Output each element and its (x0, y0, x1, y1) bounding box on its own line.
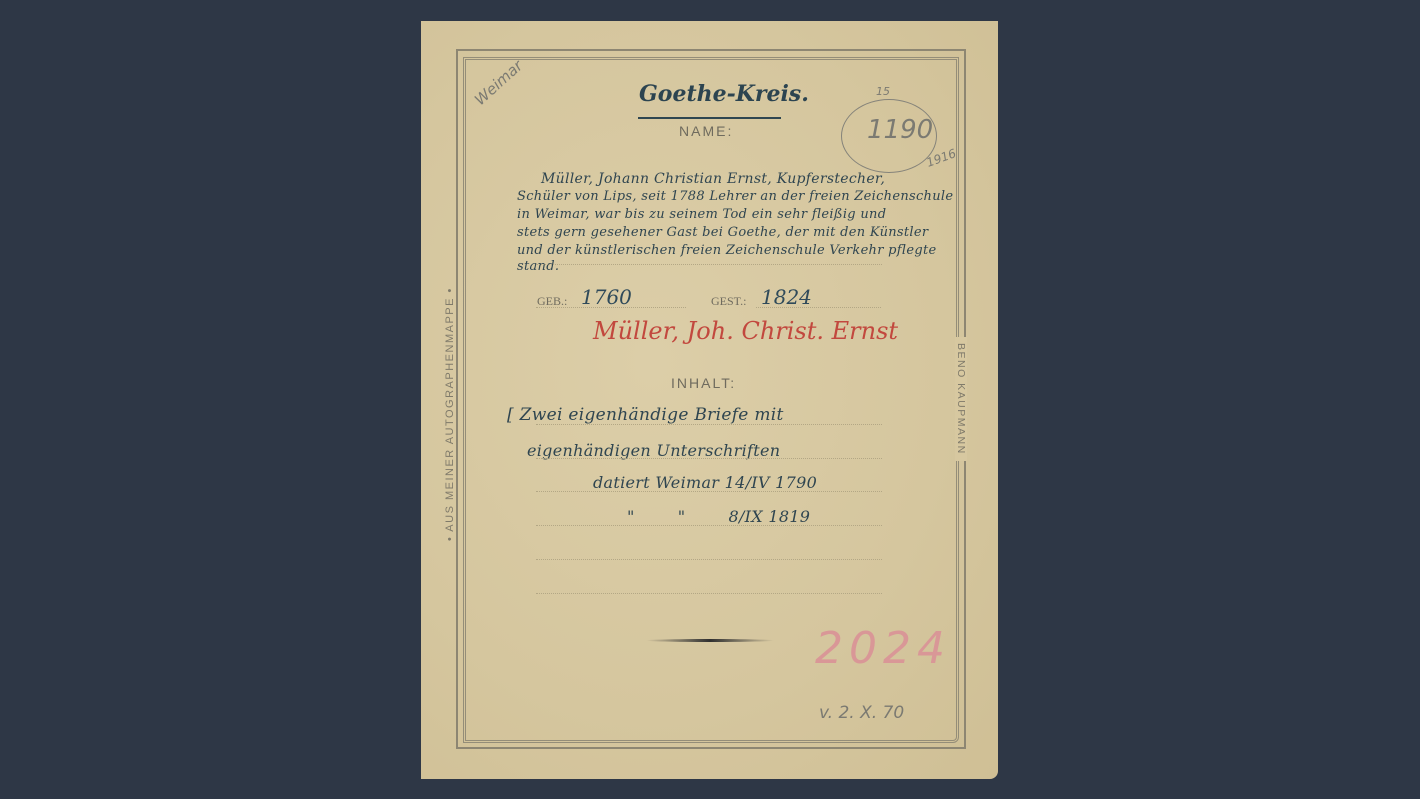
ruled-line (536, 593, 882, 594)
circled-number: 1190 (867, 115, 933, 145)
side-text-right: BENO KAUPMANN (955, 337, 967, 461)
side-text-left: • AUS MEINER AUTOGRAPHENMAPPE • (444, 287, 456, 541)
name-paragraph-line: Schüler von Lips, seit 1788 Lehrer an de… (517, 189, 953, 204)
card-heading: Goethe-Kreis. (639, 81, 809, 107)
ruled-line (536, 491, 882, 492)
name-paragraph-line: Müller, Johann Christian Ernst, Kupferst… (541, 171, 885, 187)
born-value: 1760 (581, 285, 632, 309)
pencil-note-15: 15 (876, 85, 890, 98)
red-pencil-number: 2024 (815, 623, 951, 674)
ink-dash-mark (646, 639, 774, 642)
name-label: NAME: (679, 123, 733, 139)
autograph-card: • AUS MEINER AUTOGRAPHENMAPPE • BENO KAU… (421, 21, 998, 779)
content-line: " " 8/IX 1819 (627, 507, 810, 526)
ruled-line (536, 559, 882, 560)
heading-underline (638, 117, 781, 119)
died-value: 1824 (761, 285, 812, 309)
ruled-line (536, 458, 882, 459)
ruled-line (536, 307, 686, 308)
name-paragraph-line: in Weimar, war bis zu seinem Tod ein seh… (517, 207, 886, 222)
ruled-line (756, 307, 881, 308)
red-ink-name: Müller, Joh. Christ. Ernst (593, 317, 898, 345)
content-line: datiert Weimar 14/IV 1790 (593, 473, 817, 492)
ruled-line (536, 264, 882, 265)
name-paragraph-line: stand. (517, 259, 559, 274)
content-label: INHALT: (671, 375, 736, 391)
content-line: [ Zwei eigenhändige Briefe mit (507, 405, 784, 425)
ruled-line (536, 424, 882, 425)
died-label: GEST.: (711, 294, 746, 309)
ruled-line (536, 525, 882, 526)
pencil-date-note: v. 2. X. 70 (819, 703, 904, 723)
name-paragraph-line: und der künstlerischen freien Zeichensch… (517, 243, 937, 258)
name-paragraph-line: stets gern gesehener Gast bei Goethe, de… (517, 225, 928, 240)
